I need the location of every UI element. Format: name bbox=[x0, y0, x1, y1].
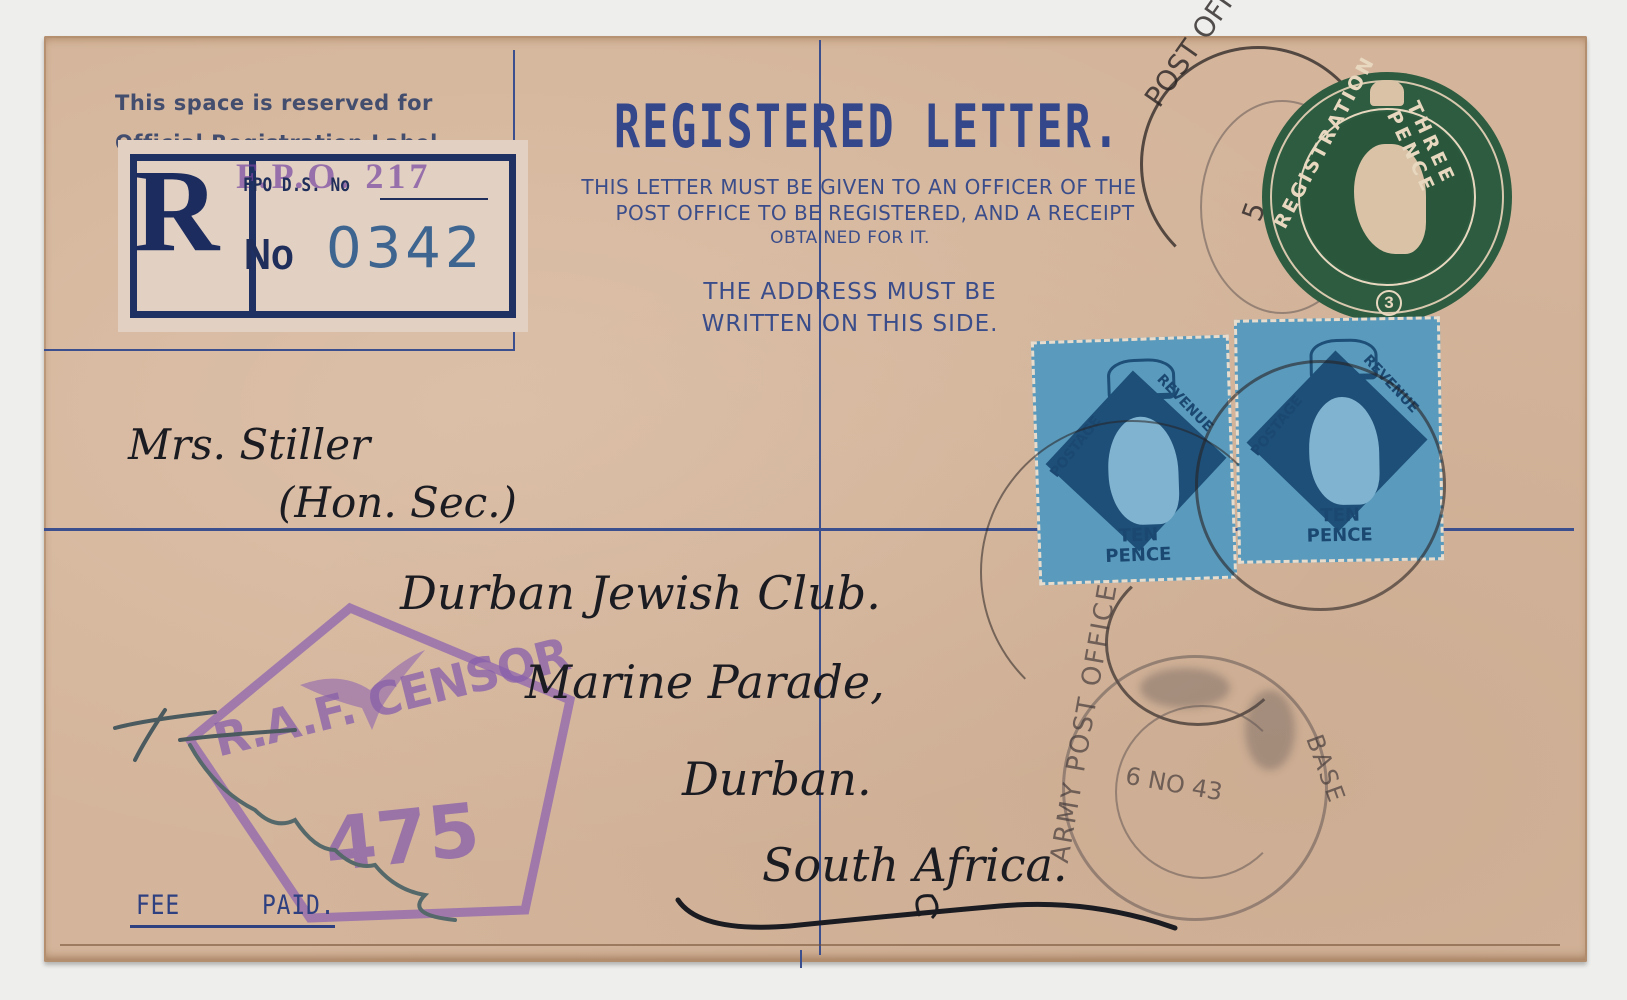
instruction-line-1: THIS LETTER MUST BE GIVEN TO AN OFFICER … bbox=[534, 175, 1184, 199]
crown-icon bbox=[1370, 80, 1404, 106]
registration-indicia-stamp: REGISTRATION THREE PENCE 3 bbox=[1262, 72, 1512, 322]
office-caption: FPO D.S. No bbox=[243, 174, 350, 196]
document-title: REGISTERED LETTER. bbox=[614, 92, 1121, 162]
address-underline-flourish bbox=[670, 888, 1190, 948]
recipient-organization: Durban Jewish Club. bbox=[400, 566, 881, 620]
number-caption: No bbox=[244, 230, 294, 280]
registration-number: 0342 bbox=[326, 216, 485, 281]
instruction-line-2: POST OFFICE TO BE REGISTERED, AND A RECE… bbox=[555, 201, 1195, 225]
recipient-name: Mrs. Stiller bbox=[128, 420, 370, 469]
fee-label: FEE bbox=[136, 890, 180, 921]
postmark-smudge-2 bbox=[1245, 690, 1295, 770]
label-box-bottom-rule bbox=[44, 349, 515, 351]
reserved-note-line1: This space is reserved for bbox=[115, 91, 433, 115]
postmark-smudge bbox=[1140, 668, 1230, 708]
fee-paid-underline bbox=[130, 925, 335, 928]
office-caption-line bbox=[380, 198, 488, 200]
address-notice-line-2: WRITTEN ON THIS SIDE. bbox=[580, 311, 1120, 337]
registration-r-letter: R bbox=[134, 152, 219, 270]
address-notice-line-1: THE ADDRESS MUST BE bbox=[580, 279, 1120, 305]
bottom-flap-seam bbox=[60, 944, 1560, 946]
recipient-city: Durban. bbox=[682, 752, 872, 806]
recipient-street: Marine Parade, bbox=[525, 655, 885, 709]
bottom-flap-tick bbox=[800, 950, 802, 968]
instruction-line-3: OBTAINED FOR IT. bbox=[580, 228, 1120, 248]
paid-label: PAID. bbox=[262, 890, 335, 921]
indicia-value: 3 bbox=[1376, 290, 1402, 316]
recipient-country: South Africa. bbox=[762, 838, 1068, 892]
registration-label: R F.P.O. 217 FPO D.S. No No 0342 bbox=[118, 140, 528, 332]
recipient-title: (Hon. Sec.) bbox=[278, 478, 517, 527]
